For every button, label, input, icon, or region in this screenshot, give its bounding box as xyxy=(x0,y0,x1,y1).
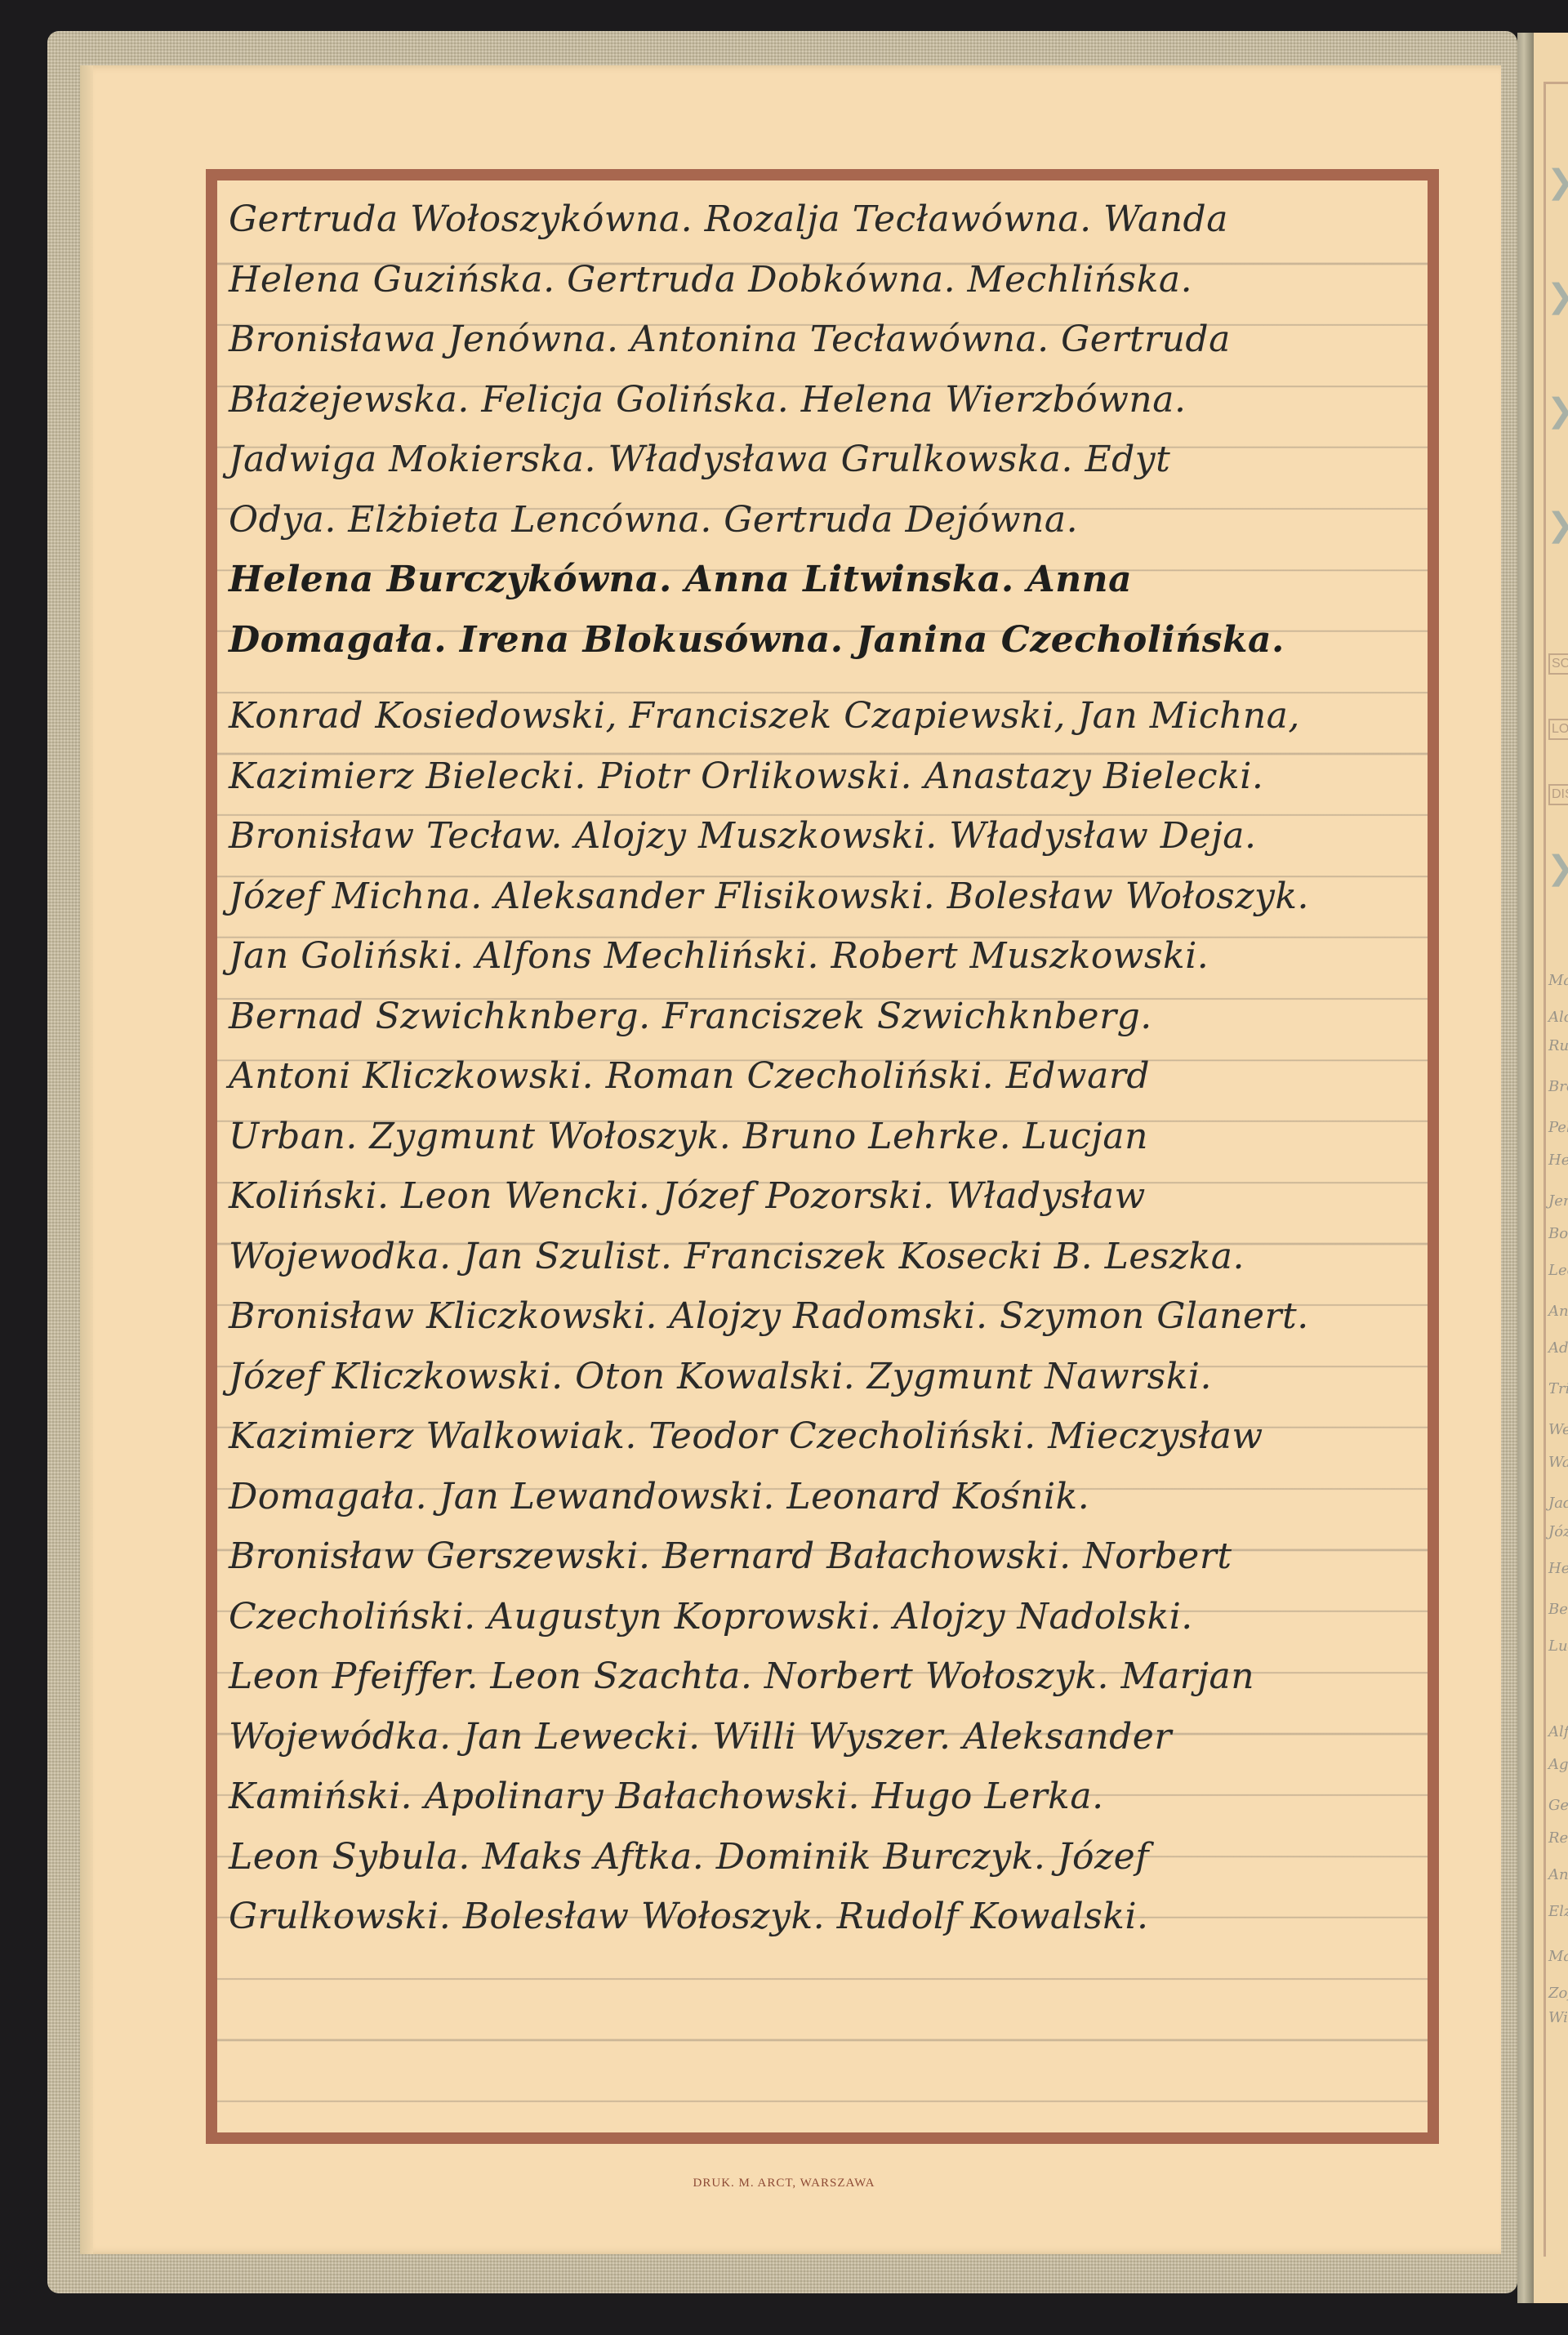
script-fragment: Adelh xyxy=(1548,1339,1568,1357)
book-gutter xyxy=(1517,33,1534,2303)
section-women-bold: Helena Burczykówna. Anna Litwinska. Anna… xyxy=(229,550,1437,670)
text-line: Bronisław Gerszewski. Bernard Bałachowsk… xyxy=(229,1526,1437,1587)
script-fragment: Agata xyxy=(1548,1756,1568,1773)
script-fragment: Anna xyxy=(1548,1303,1568,1320)
script-fragment: Alfons xyxy=(1548,1723,1568,1740)
text-line: Grulkowski. Bolesław Wołoszyk. Rudolf Ko… xyxy=(229,1887,1437,1947)
text-line: Kazimierz Bielecki. Piotr Orlikowski. An… xyxy=(229,746,1437,807)
script-fragment: Elżbieta xyxy=(1548,1903,1568,1920)
script-fragment: Wiktor xyxy=(1548,2009,1568,2026)
script-fragment: Benedykt xyxy=(1548,1601,1568,1618)
text-line: Kamiński. Apolinary Bałachowski. Hugo Le… xyxy=(229,1767,1437,1827)
script-fragment: Genowefa xyxy=(1548,1797,1568,1814)
script-fragment: Mak xyxy=(1548,972,1568,989)
script-fragment: Regina xyxy=(1548,1829,1568,1847)
text-line: Domagała. Jan Lewandowski. Leonard Kośni… xyxy=(229,1467,1437,1527)
chevron-ornament-icon: ❯ xyxy=(1547,506,1568,544)
script-fragment: Bożen xyxy=(1548,1225,1568,1242)
printer-imprint: DRUK. M. ARCT, WARSZAWA xyxy=(0,2177,1568,2190)
script-fragment: Trida xyxy=(1548,1380,1568,1397)
text-line: Helena Burczykówna. Anna Litwinska. Anna xyxy=(229,550,1437,610)
text-line: Leon Sybula. Maks Aftka. Dominik Burczyk… xyxy=(229,1827,1437,1887)
adjacent-label-school: SCHOO SZKO xyxy=(1548,653,1568,675)
script-fragment: Weron xyxy=(1548,1421,1568,1438)
text-line: Jadwiga Mokierska. Władysława Grulkowska… xyxy=(229,430,1437,490)
chevron-ornament-icon: ❯ xyxy=(1547,163,1568,201)
script-fragment: Ludwik xyxy=(1548,1638,1568,1655)
script-fragment: Jadwig xyxy=(1548,1495,1568,1512)
page-stack-edge xyxy=(80,65,93,2254)
chevron-ornament-icon: ❯ xyxy=(1547,849,1568,887)
script-fragment: Broż xyxy=(1548,1078,1568,1095)
script-fragment: Jerzy xyxy=(1548,1192,1568,1210)
text-line: Błażejewska. Felicja Golińska. Helena Wi… xyxy=(229,370,1437,430)
text-line: Leon Pfeiffer. Leon Szachta. Norbert Woł… xyxy=(229,1647,1437,1707)
script-fragment: Józef xyxy=(1548,1523,1568,1540)
chevron-ornament-icon: ❯ xyxy=(1547,392,1568,430)
text-line: Józef Michna. Aleksander Flisikowski. Bo… xyxy=(229,867,1437,927)
text-line: Odya. Elżbieta Lencówna. Gertruda Dejówn… xyxy=(229,490,1437,550)
handwritten-name-list: Gertruda Wołoszykówna. Rozalja Tecławówn… xyxy=(229,189,1437,1947)
text-line: Domagała. Irena Blokusówna. Janina Czech… xyxy=(229,610,1437,671)
text-line: Bronisława Jenówna. Antonina Tecławówna.… xyxy=(229,310,1437,370)
text-line: Gertruda Wołoszykówna. Rozalja Tecławówn… xyxy=(229,189,1437,250)
text-line: Urban. Zygmunt Wołoszyk. Bruno Lehrke. L… xyxy=(229,1107,1437,1167)
adjacent-label-locality: LOCAL MIEJS xyxy=(1548,719,1568,740)
adjacent-page: ❯ ❯ ❯ ❯ SCHOO SZKO LOCAL MIEJS DISTR POW… xyxy=(1534,33,1568,2303)
text-line: Bronisław Kliczkowski. Alojzy Radomski. … xyxy=(229,1286,1437,1347)
section-women: Gertruda Wołoszykówna. Rozalja Tecławówn… xyxy=(229,189,1437,550)
script-fragment: Rud xyxy=(1548,1037,1568,1054)
text-line: Konrad Kosiedowski, Franciszek Czapiewsk… xyxy=(229,686,1437,746)
text-line: Wojewódka. Jan Lewecki. Willi Wyszer. Al… xyxy=(229,1707,1437,1767)
script-fragment: Pelagja xyxy=(1548,1119,1568,1136)
script-fragment: Zofia xyxy=(1548,1985,1568,2002)
text-line: Bronisław Tecław. Alojzy Muszkowski. Wła… xyxy=(229,806,1437,867)
adjacent-label-district: DISTR POW xyxy=(1548,784,1568,805)
text-line: Czecholiński. Augustyn Koprowski. Alojzy… xyxy=(229,1587,1437,1647)
text-line: Koliński. Leon Wencki. Józef Pozorski. W… xyxy=(229,1166,1437,1227)
section-men: Konrad Kosiedowski, Franciszek Czapiewsk… xyxy=(229,686,1437,1947)
script-fragment: Helena xyxy=(1548,1152,1568,1169)
text-line: Józef Kliczkowski. Oton Kowalski. Zygmun… xyxy=(229,1347,1437,1407)
text-line: Bernad Szwichknberg. Franciszek Szwichkn… xyxy=(229,987,1437,1047)
script-fragment: Anna xyxy=(1548,1866,1568,1883)
text-line: Wojewodka. Jan Szulist. Franciszek Kosec… xyxy=(229,1227,1437,1287)
script-fragment: Waler xyxy=(1548,1454,1568,1471)
script-fragment: Helena xyxy=(1548,1560,1568,1577)
text-line: Antoni Kliczkowski. Roman Czecholiński. … xyxy=(229,1046,1437,1107)
text-line: Kazimierz Walkowiak. Teodor Czecholiński… xyxy=(229,1406,1437,1467)
chevron-ornament-icon: ❯ xyxy=(1547,278,1568,315)
script-fragment: Leon xyxy=(1548,1262,1568,1279)
text-line: Helena Guzińska. Gertruda Dobkówna. Mech… xyxy=(229,250,1437,310)
script-fragment: Alojz xyxy=(1548,1009,1568,1026)
script-fragment: Marta xyxy=(1548,1948,1568,1965)
text-line: Jan Goliński. Alfons Mechliński. Robert … xyxy=(229,926,1437,987)
